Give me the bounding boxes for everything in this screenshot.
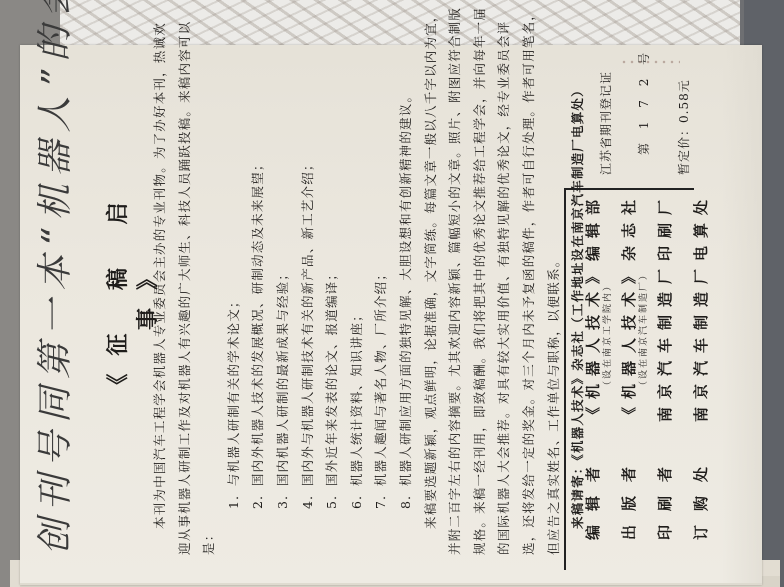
requirements-line: 选，还将发给一定的奖金。对三个月内未予复函的稿件，作者可自行处理。作者可用笔名， [517,85,542,555]
colophon-row-orders: 订购处 南京汽车制造厂电算处 [686,180,722,540]
topic-item: 2．国内外机器人技术的发展概况、研制动态及未来展望； [246,85,271,555]
topic-item: 7．机器人趣闻与著名人物、厂所介绍； [369,85,394,555]
requirements-line: 的国际机器人大会推荐。对具有较大实用价值、有独特见解的优秀论文，经专业委员会评 [492,85,517,555]
colophon-row-editor: 编辑者 《机器人技术》编辑部 （设在南京工学院内） [578,180,614,540]
intro-line: 迎从事机器人研制工作及对机器人有兴趣的广大师生、科技人员踊跃投稿。来稿内容可以 [173,85,198,555]
stain-specks [620,59,680,65]
requirements-line: 规格。来稿一经刊用，即致稿酬。我们将把其中的优秀论文推荐给工程学会，并向每年一届 [468,85,493,555]
handwritten-note: 创刊号同第一本“机器人”的会话 [32,65,80,555]
topic-item: 8．机器人研制应用方面的独特见解、大胆设想和有创新精神的建议。 [394,85,419,555]
topic-item: 5．国外近年来发表的论文、报道编译； [320,85,345,555]
topic-item: 1．与机器人研制有关的学术论文； [222,85,247,555]
price: 暂定价：0.58元 [675,79,692,175]
requirements-line: 并附二百字左右的内容摘要。尤其欢迎内容新颖、篇幅短小的文章。照片、附图应符合制版 [443,85,468,555]
requirements-line: 但应告之真实姓名、工作单位与职称，以便联系。 [542,85,567,555]
registration-certificate: 江苏省期刊登记证 [597,71,614,175]
topic-item: 3．国内机器人研制的最新成果与经验； [271,85,296,555]
colophon-rule [564,190,566,570]
requirements-line: 来稿要选题新颖，观点鲜明，论据准确，文字简练。每篇文章一般以八千字以内为宜， [419,85,444,555]
intro-line: 本刊为中国汽车工程学会机器人专业委员会主办的专业刊物。为了办好本刊，热诚欢 [148,85,173,555]
magazine-page: 创刊号同第一本“机器人”的会话 《征 稿 启 事》 本刊为中国汽车工程学会机器人… [20,45,762,585]
topic-item: 4．国内外与机器人研制技术有关的新产品、新工艺介绍； [296,85,321,555]
colophon-row-printer: 印刷者 南京汽车制造厂印刷厂 [650,180,686,540]
page-fold [20,583,762,585]
intro-line: 是： [197,85,222,555]
notice-body: 本刊为中国汽车工程学会机器人专业委员会主办的专业刊物。为了办好本刊，热诚欢 迎从… [148,85,591,555]
topic-item: 6．机器人统计资料、知识讲座； [345,85,370,555]
colophon-row-publisher: 出版者 《机器人技术》杂志社 （设在南京汽车制造厂） [614,180,650,540]
colophon: 编辑者 《机器人技术》编辑部 （设在南京工学院内） 出版者 《机器人技术》杂志社… [578,180,722,540]
